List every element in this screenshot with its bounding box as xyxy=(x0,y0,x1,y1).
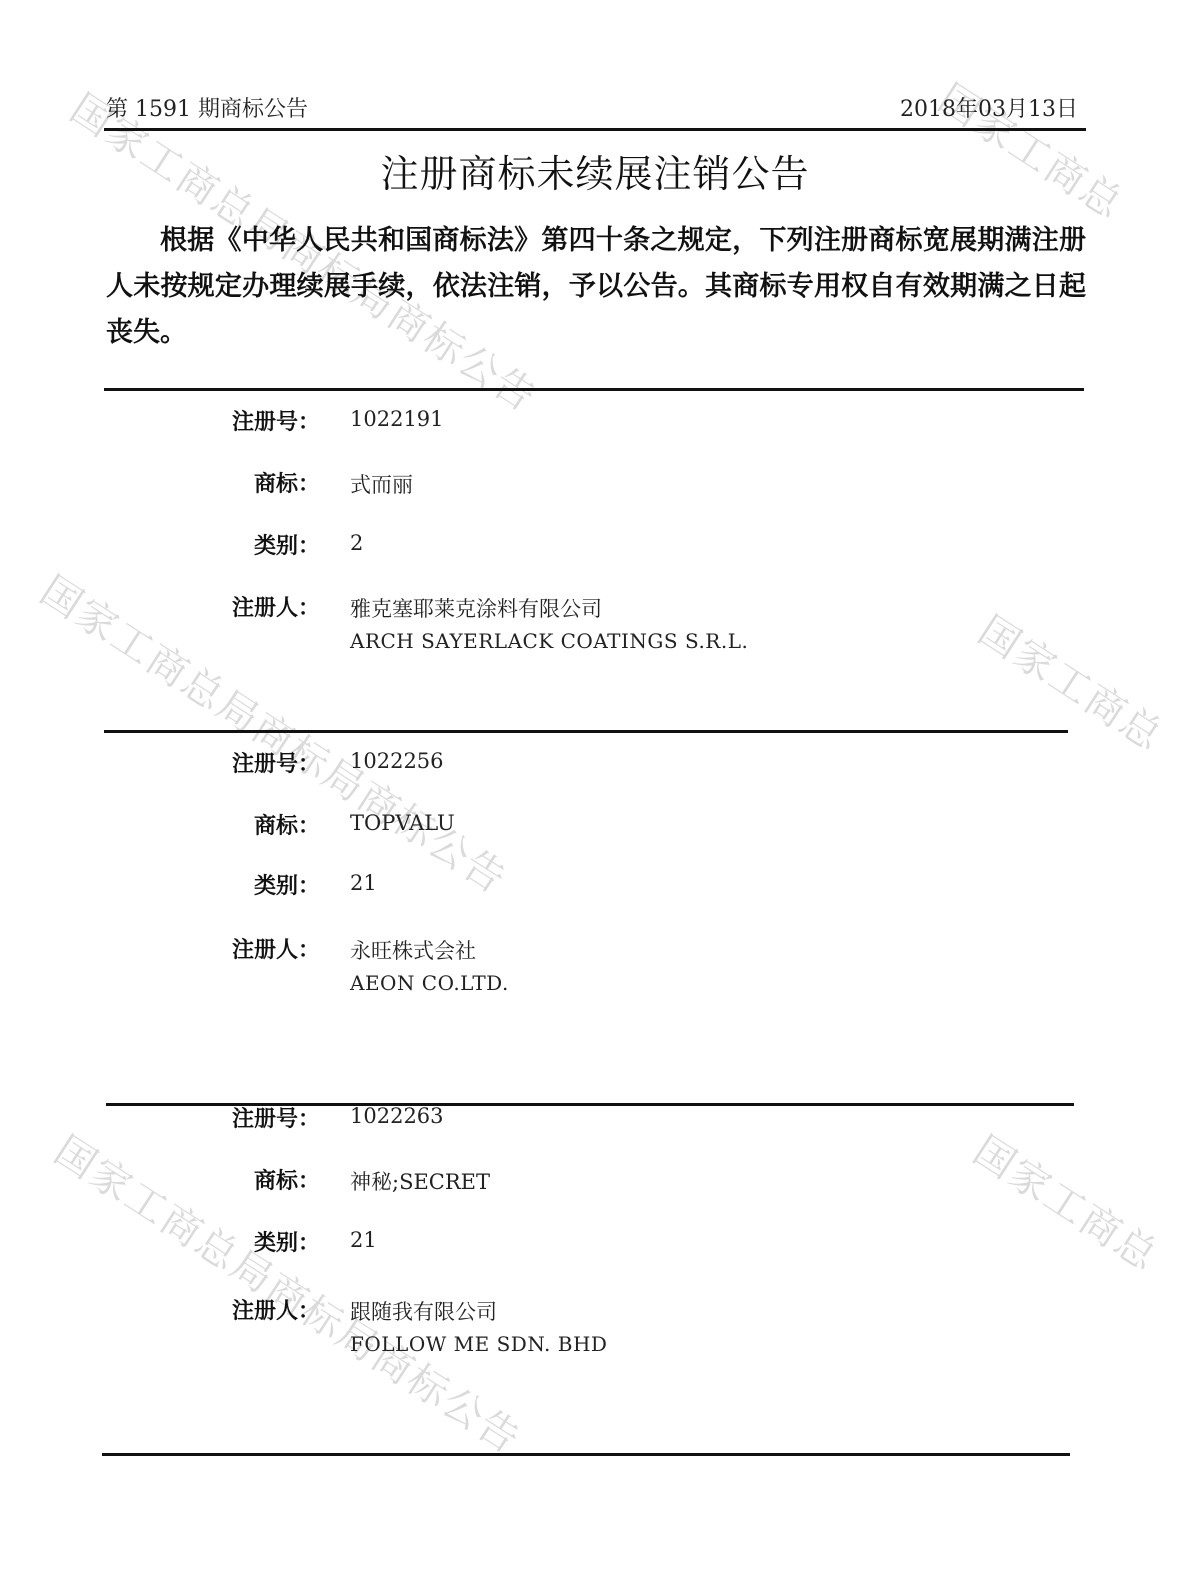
section-divider xyxy=(104,388,1084,391)
registrant-cn: 永旺株式会社 xyxy=(350,935,476,965)
mark-value: 式而丽 xyxy=(350,469,413,499)
class-label: 类别： xyxy=(254,1226,320,1257)
mark-label: 商标： xyxy=(254,809,320,840)
class-value: 21 xyxy=(350,871,377,895)
reg-no-label: 注册号： xyxy=(232,1102,320,1133)
mark-value: TOPVALU xyxy=(350,811,455,835)
issue-date: 2018年03月13日 xyxy=(900,92,1078,123)
class-value: 2 xyxy=(350,531,363,555)
section-divider xyxy=(102,1453,1070,1456)
registrant-en: ARCH SAYERLACK COATINGS S.R.L. xyxy=(350,629,748,653)
reg-no-label: 注册号： xyxy=(232,405,320,436)
registrant-label: 注册人： xyxy=(232,591,320,622)
registrant-label: 注册人： xyxy=(232,933,320,964)
issue-number: 第 1591 期商标公告 xyxy=(106,92,308,123)
reg-no-value: 1022191 xyxy=(350,407,444,431)
reg-no-value: 1022256 xyxy=(350,749,444,773)
section-divider xyxy=(104,730,1068,733)
mark-value: 神秘;SECRET xyxy=(350,1166,490,1196)
reg-no-value: 1022263 xyxy=(350,1104,444,1128)
class-label: 类别： xyxy=(254,529,320,560)
class-value: 21 xyxy=(350,1228,377,1252)
header-rule xyxy=(104,128,1086,131)
registrant-en: FOLLOW ME SDN. BHD xyxy=(350,1332,607,1356)
registrant-cn: 雅克塞耶莱克涂料有限公司 xyxy=(350,593,602,623)
mark-label: 商标： xyxy=(254,1164,320,1195)
registrant-en: AEON CO.LTD. xyxy=(350,971,509,995)
page-title: 注册商标未续展注销公告 xyxy=(0,143,1190,198)
reg-no-label: 注册号： xyxy=(232,747,320,778)
announcement-page: 国家工商总局商标局商标公告 国家工商总局商标局商标公告 国家工商总局商标局商标公… xyxy=(0,0,1190,1594)
registrant-label: 注册人： xyxy=(232,1294,320,1325)
registrant-cn: 跟随我有限公司 xyxy=(350,1296,497,1326)
mark-label: 商标： xyxy=(254,467,320,498)
class-label: 类别： xyxy=(254,869,320,900)
intro-paragraph: 根据《中华人民共和国商标法》第四十条之规定，下列注册商标宽展期满注册人未按规定办… xyxy=(106,218,1086,356)
